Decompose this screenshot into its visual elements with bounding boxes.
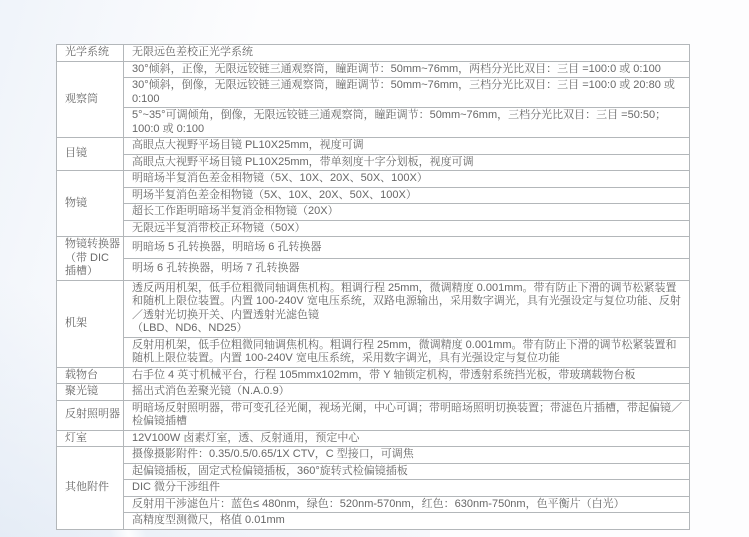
table-row: 其他附件 摄像摄影附件：0.35/0.5/0.65/1X CTV，C 型接口，可… bbox=[57, 447, 690, 464]
table-row: 机架 透反两用机架，低手位粗微同轴调焦机构。粗调行程 25mm，微调精度 0.0… bbox=[57, 280, 690, 337]
spec-cell: 高眼点大视野平场目镜 PL10X25mm，视度可调 bbox=[124, 138, 690, 155]
table-row: 观察筒 30°倾斜，正像，无限远铰链三通观察筒，瞳距调节：50mm~76mm，两… bbox=[57, 61, 690, 78]
table-row: DIC 微分干涉组件 bbox=[57, 480, 690, 497]
spec-cell: DIC 微分干涉组件 bbox=[124, 480, 690, 497]
table-row: 灯室 12V100W 卤素灯室，透、反射通用，预定中心 bbox=[57, 430, 690, 447]
category-cell-nosepiece-dic-slot: 物镜转换器 （带 DIC 插槽） bbox=[57, 237, 124, 281]
category-cell-stage: 载物台 bbox=[57, 367, 124, 384]
spec-cell: 摄像摄影附件：0.35/0.5/0.65/1X CTV，C 型接口，可调焦 bbox=[124, 447, 690, 464]
table-row: 载物台 右手位 4 英寸机械平台，行程 105mmx102mm，带 Y 轴锁定机… bbox=[57, 367, 690, 384]
table-row: 反射用机架，低手位粗微同轴调焦机构。粗调行程 25mm，微调精度 0.001mm… bbox=[57, 337, 690, 367]
spec-cell: 明暗场半复消色差金相物镜（5X、10X、20X、50X、100X） bbox=[124, 171, 690, 188]
spec-cell: 高眼点大视野平场目镜 PL10X25mm，带单刻度十字分划板，视度可调 bbox=[124, 154, 690, 171]
table-row: 高精度型测微尺，格值 0.01mm bbox=[57, 513, 690, 530]
spec-cell: 明暗场 5 孔转换器，明暗场 6 孔转换器 bbox=[124, 237, 690, 259]
spec-cell: 30°倾斜，正像，无限远铰链三通观察筒，瞳距调节：50mm~76mm，两档分光比… bbox=[124, 61, 690, 78]
category-cell-stand: 机架 bbox=[57, 280, 124, 367]
spec-cell: 无限远色差校正光学系统 bbox=[124, 45, 690, 62]
spec-cell: 透反两用机架，低手位粗微同轴调焦机构。粗调行程 25mm，微调精度 0.001m… bbox=[124, 280, 690, 337]
spec-cell: 无限远半复消带校正环物镜（50X） bbox=[124, 220, 690, 237]
category-cell-optical-system: 光学系统 bbox=[57, 45, 124, 62]
spec-cell: 5°~35°可调倾角，倒像，无限远铰链三通观察筒，瞳距调节：50mm~76mm，… bbox=[124, 108, 690, 138]
table-row: 光学系统 无限远色差校正光学系统 bbox=[57, 45, 690, 62]
table-row: 超长工作距明暗场半复消金相物镜（20X） bbox=[57, 204, 690, 221]
spec-cell: 起偏镜插板，固定式检偏镜插板，360°旋转式检偏镜插板 bbox=[124, 463, 690, 480]
table-row: 反射用干涉滤色片：蓝色≤ 480nm，绿色：520nm-570nm，红色：630… bbox=[57, 496, 690, 513]
table-row: 物镜转换器 （带 DIC 插槽） 明暗场 5 孔转换器，明暗场 6 孔转换器 bbox=[57, 237, 690, 259]
table-row: 高眼点大视野平场目镜 PL10X25mm，带单刻度十字分划板，视度可调 bbox=[57, 154, 690, 171]
table-row: 聚光镜 摇出式消色差聚光镜（N.A.0.9） bbox=[57, 384, 690, 401]
spec-cell: 明场 6 孔转换器，明场 7 孔转换器 bbox=[124, 258, 690, 280]
spec-cell: 摇出式消色差聚光镜（N.A.0.9） bbox=[124, 384, 690, 401]
table-row: 30°倾斜，倒像，无限远铰链三通观察筒，瞳距调节：50mm~76mm，三档分光比… bbox=[57, 78, 690, 108]
table-row: 明场 6 孔转换器，明场 7 孔转换器 bbox=[57, 258, 690, 280]
spec-cell: 明暗场反射照明器，带可变孔径光阑，视场光阑，中心可调；带明暗场照明切换装置；带滤… bbox=[124, 400, 690, 430]
spec-cell: 右手位 4 英寸机械平台，行程 105mmx102mm，带 Y 轴锁定机构，带透… bbox=[124, 367, 690, 384]
spec-cell: 反射用机架，低手位粗微同轴调焦机构。粗调行程 25mm，微调精度 0.001mm… bbox=[124, 337, 690, 367]
category-cell-objective: 物镜 bbox=[57, 171, 124, 237]
spec-cell: 30°倾斜，倒像，无限远铰链三通观察筒，瞳距调节：50mm~76mm，三档分光比… bbox=[124, 78, 690, 108]
category-cell-eyepiece: 目镜 bbox=[57, 138, 124, 171]
category-cell-observation-tube: 观察筒 bbox=[57, 61, 124, 138]
spec-cell: 高精度型测微尺，格值 0.01mm bbox=[124, 513, 690, 530]
spec-cell: 明场半复消色差金相物镜（5X、10X、20X、50X、100X） bbox=[124, 187, 690, 204]
category-cell-other-accessories: 其他附件 bbox=[57, 447, 124, 530]
table-row: 起偏镜插板，固定式检偏镜插板，360°旋转式检偏镜插板 bbox=[57, 463, 690, 480]
table-row: 物镜 明暗场半复消色差金相物镜（5X、10X、20X、50X、100X） bbox=[57, 171, 690, 188]
category-cell-lamp-house: 灯室 bbox=[57, 430, 124, 447]
spec-cell: 超长工作距明暗场半复消金相物镜（20X） bbox=[124, 204, 690, 221]
spec-cell: 反射用干涉滤色片：蓝色≤ 480nm，绿色：520nm-570nm，红色：630… bbox=[124, 496, 690, 513]
spec-cell: 12V100W 卤素灯室，透、反射通用，预定中心 bbox=[124, 430, 690, 447]
table-row: 目镜 高眼点大视野平场目镜 PL10X25mm，视度可调 bbox=[57, 138, 690, 155]
category-cell-reflected-illuminator: 反射照明器 bbox=[57, 400, 124, 430]
table-row: 反射照明器 明暗场反射照明器，带可变孔径光阑，视场光阑，中心可调；带明暗场照明切… bbox=[57, 400, 690, 430]
table-row: 明场半复消色差金相物镜（5X、10X、20X、50X、100X） bbox=[57, 187, 690, 204]
table-row: 5°~35°可调倾角，倒像，无限远铰链三通观察筒，瞳距调节：50mm~76mm，… bbox=[57, 108, 690, 138]
category-cell-condenser: 聚光镜 bbox=[57, 384, 124, 401]
table-row: 无限远半复消带校正环物镜（50X） bbox=[57, 220, 690, 237]
spec-table: 光学系统 无限远色差校正光学系统 观察筒 30°倾斜，正像，无限远铰链三通观察筒… bbox=[56, 44, 690, 530]
